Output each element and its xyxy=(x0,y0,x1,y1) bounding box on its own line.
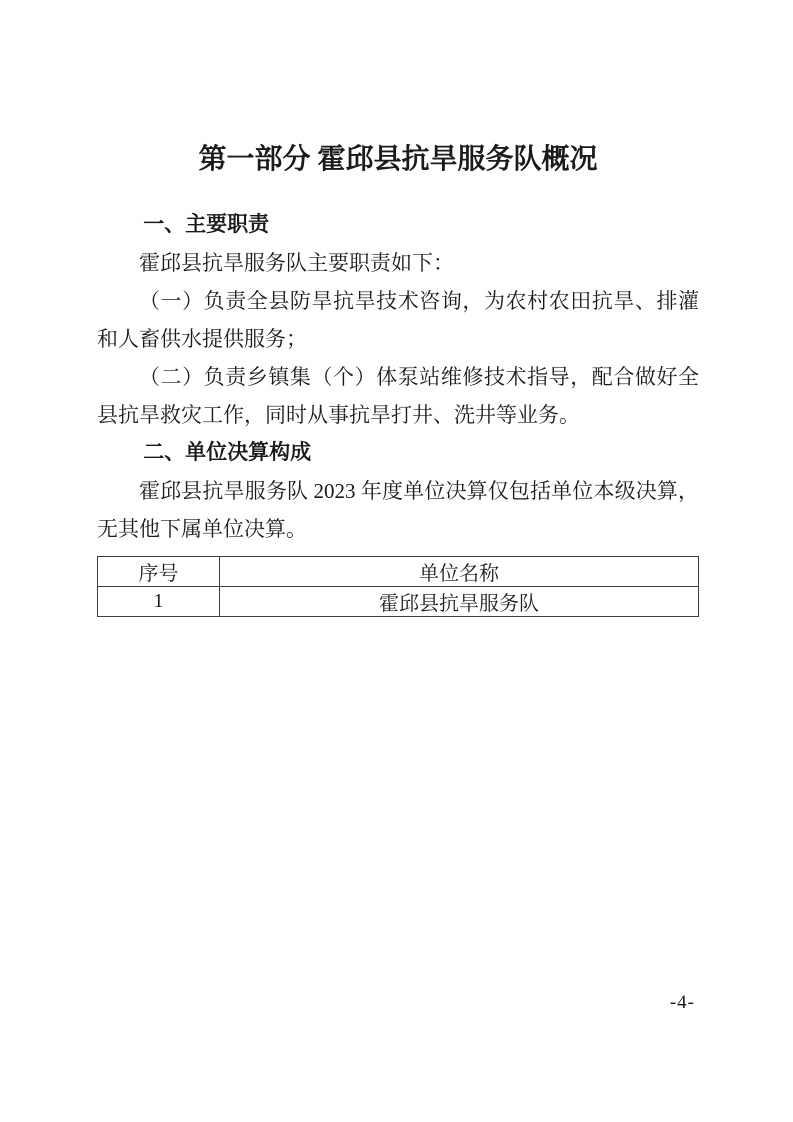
unit-composition-table: 序号 单位名称 1 霍邱县抗旱服务队 xyxy=(97,556,699,617)
section-1-heading: 一、主要职责 xyxy=(97,206,699,244)
table-cell-serial-number: 1 xyxy=(98,587,220,617)
section-2-heading: 二、单位决算构成 xyxy=(97,434,699,472)
document-title: 第一部分 霍邱县抗旱服务队概况 xyxy=(97,140,699,180)
table-header-serial-number: 序号 xyxy=(98,557,220,587)
section-2-paragraph-intro: 霍邱县抗旱服务队 2023 年度单位决算仅包括单位本级决算，无其他下属单位决算。 xyxy=(97,472,699,548)
section-1-paragraph-duty-1: （一）负责全县防旱抗旱技术咨询，为农村农田抗旱、排灌和人畜供水提供服务； xyxy=(97,282,699,358)
page-number: -4- xyxy=(670,992,695,1014)
section-1-paragraph-intro: 霍邱县抗旱服务队主要职责如下： xyxy=(97,244,699,282)
table-row: 1 霍邱县抗旱服务队 xyxy=(98,587,699,617)
table-cell-unit-name: 霍邱县抗旱服务队 xyxy=(220,587,699,617)
document-page: 第一部分 霍邱县抗旱服务队概况 一、主要职责 霍邱县抗旱服务队主要职责如下： （… xyxy=(0,0,793,1122)
content-area: 第一部分 霍邱县抗旱服务队概况 一、主要职责 霍邱县抗旱服务队主要职责如下： （… xyxy=(97,0,699,617)
table-header-unit-name: 单位名称 xyxy=(220,557,699,587)
table-header-row: 序号 单位名称 xyxy=(98,557,699,587)
section-1-paragraph-duty-2: （二）负责乡镇集（个）体泵站维修技术指导，配合做好全县抗旱救灾工作，同时从事抗旱… xyxy=(97,358,699,434)
